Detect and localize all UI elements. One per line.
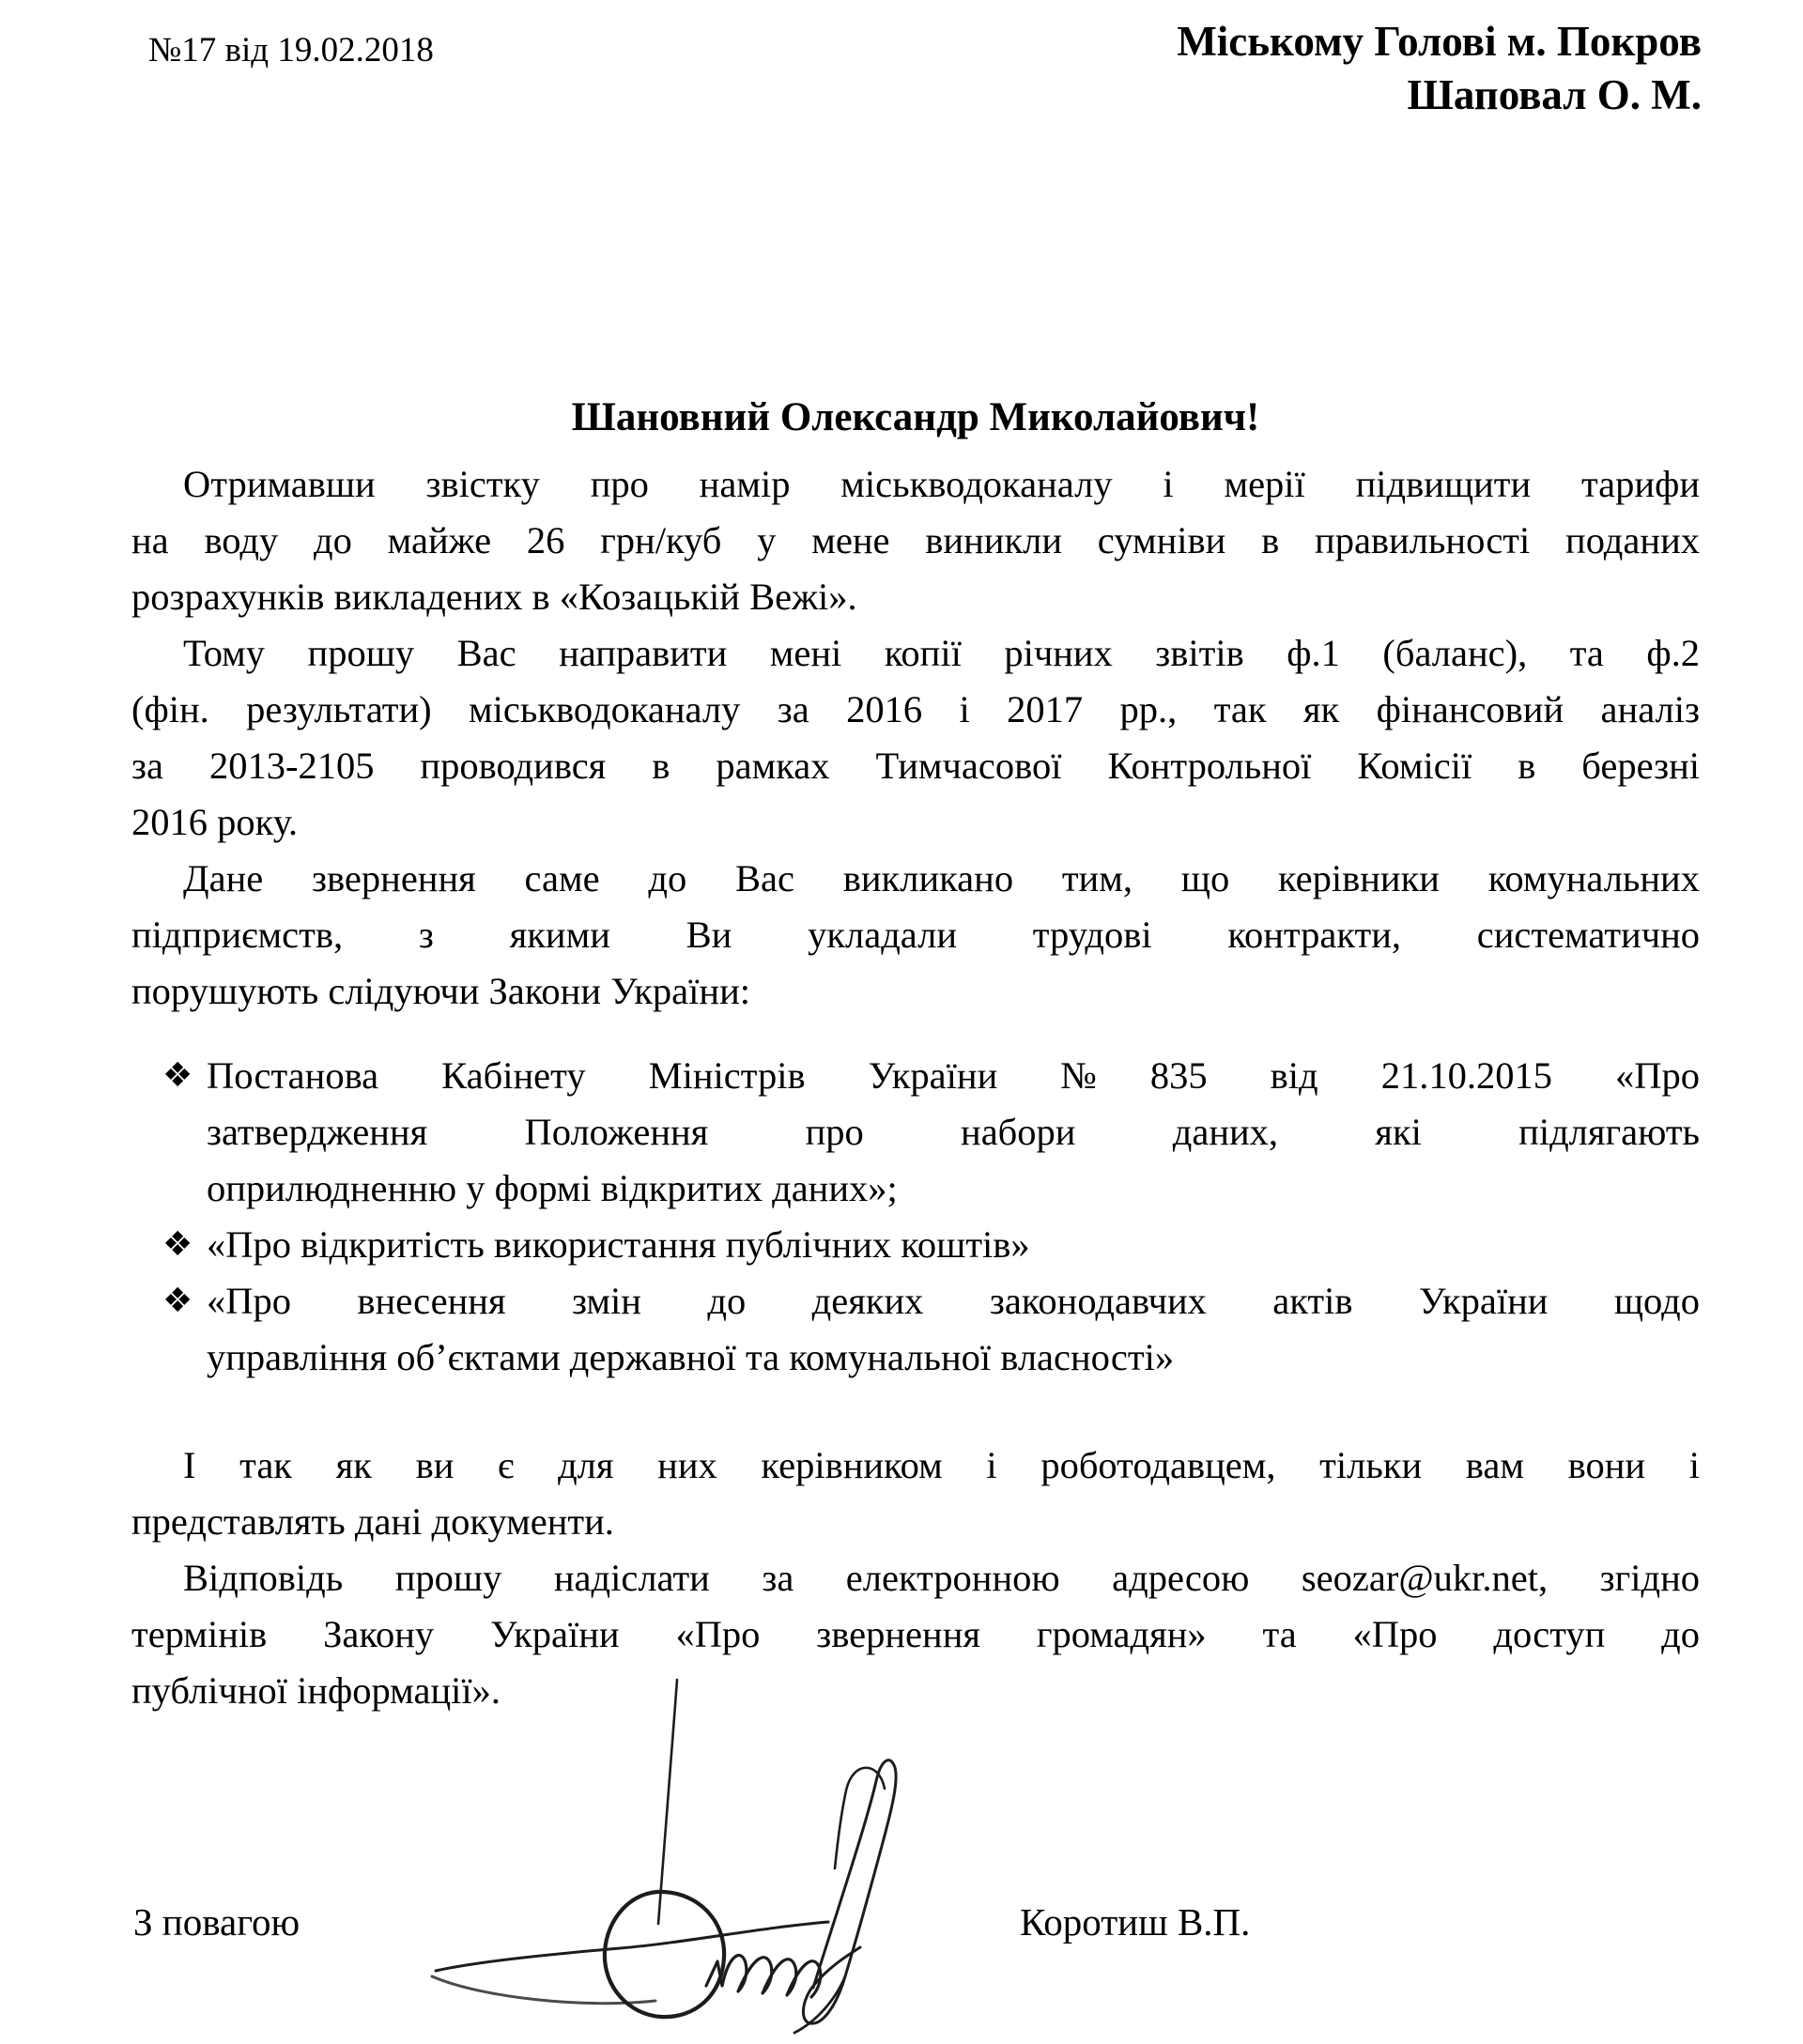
text-line: Тому прошу Вас направити мені копії річн… [131,625,1700,682]
text-line: на воду до майже 26 грн/куб у мене виник… [131,513,1700,569]
text-line: оприлюдненню у формі відкритих даних»; [207,1160,1700,1217]
letter-body: Отримавши звістку про намір міськводокан… [131,456,1700,1719]
signature-row: З повагою Коротиш В.П. [0,1719,1803,2042]
signer-name: Коротиш В.П. [1020,1899,1250,1944]
diamond-bullet-icon: ❖ [162,1273,207,1329]
recipient-block: Міському Голові м. Покров Шаповал О. М. [1177,15,1702,122]
letter-header: №17 від 19.02.2018 Міському Голові м. По… [0,0,1803,122]
text-line: (фін. результати) міськводоканалу за 201… [131,682,1700,738]
text-line: порушують слідуючи Закони України: [131,963,1700,1020]
paragraph: Тому прошу Вас направити мені копії річн… [131,625,1700,851]
text-line: Постанова Кабінету Міністрів України №83… [207,1048,1700,1104]
text-line: Дане звернення саме до Вас викликано тим… [131,851,1700,907]
salutation: Шановний Олександр Миколайович! [131,392,1700,443]
list-item-text: Постанова Кабінету Міністрів України №83… [207,1048,1700,1217]
list-item: ❖«Про внесення змін до деяких законодавч… [162,1273,1700,1386]
list-item-text: «Про відкритість використання публічних … [207,1217,1700,1273]
text-line: розрахунків викладених в «Козацькій Вежі… [131,569,1700,625]
text-line: підприємств, з якими Ви укладали трудові… [131,907,1700,963]
text-line: управління об’єктами державної та комуна… [207,1329,1700,1386]
letter-page: №17 від 19.02.2018 Міському Голові м. По… [0,0,1803,2044]
text-line: І так як ви є для них керівником і робот… [131,1437,1700,1494]
text-line: за 2013-2105 проводився в рамках Тимчасо… [131,738,1700,794]
text-line: Отримавши звістку про намір міськводокан… [131,456,1700,513]
intro-paragraphs: Отримавши звістку про намір міськводокан… [131,456,1700,1020]
list-item: ❖«Про відкритість використання публічних… [162,1217,1700,1273]
text-line: затвердження Положення про набори даних,… [207,1104,1700,1160]
paragraph: Отримавши звістку про намір міськводокан… [131,456,1700,625]
law-list: ❖Постанова Кабінету Міністрів України №8… [131,1048,1700,1386]
diamond-bullet-icon: ❖ [162,1048,207,1104]
list-item-text: «Про внесення змін до деяких законодавчи… [207,1273,1700,1386]
recipient-line-1: Міському Голові м. Покров [1177,15,1702,69]
regards-label: З повагою [133,1899,300,1944]
text-line: Відповідь прошу надіслати за електронною… [131,1550,1700,1606]
text-line: «Про внесення змін до деяких законодавчи… [207,1273,1700,1329]
reference-number: №17 від 19.02.2018 [148,30,434,70]
text-line: 2016 року. [131,794,1700,851]
text-line: представлять дані документи. [131,1494,1700,1550]
list-item: ❖Постанова Кабінету Міністрів України №8… [162,1048,1700,1217]
text-line: термінів Закону України «Про звернення г… [131,1606,1700,1663]
text-line: «Про відкритість використання публічних … [207,1217,1700,1273]
paragraph: І так як ви є для них керівником і робот… [131,1437,1700,1550]
recipient-line-2: Шаповал О. М. [1177,69,1702,122]
diamond-bullet-icon: ❖ [162,1217,207,1273]
paragraph: Дане звернення саме до Вас викликано тим… [131,851,1700,1020]
handwritten-signature [404,1674,967,2038]
